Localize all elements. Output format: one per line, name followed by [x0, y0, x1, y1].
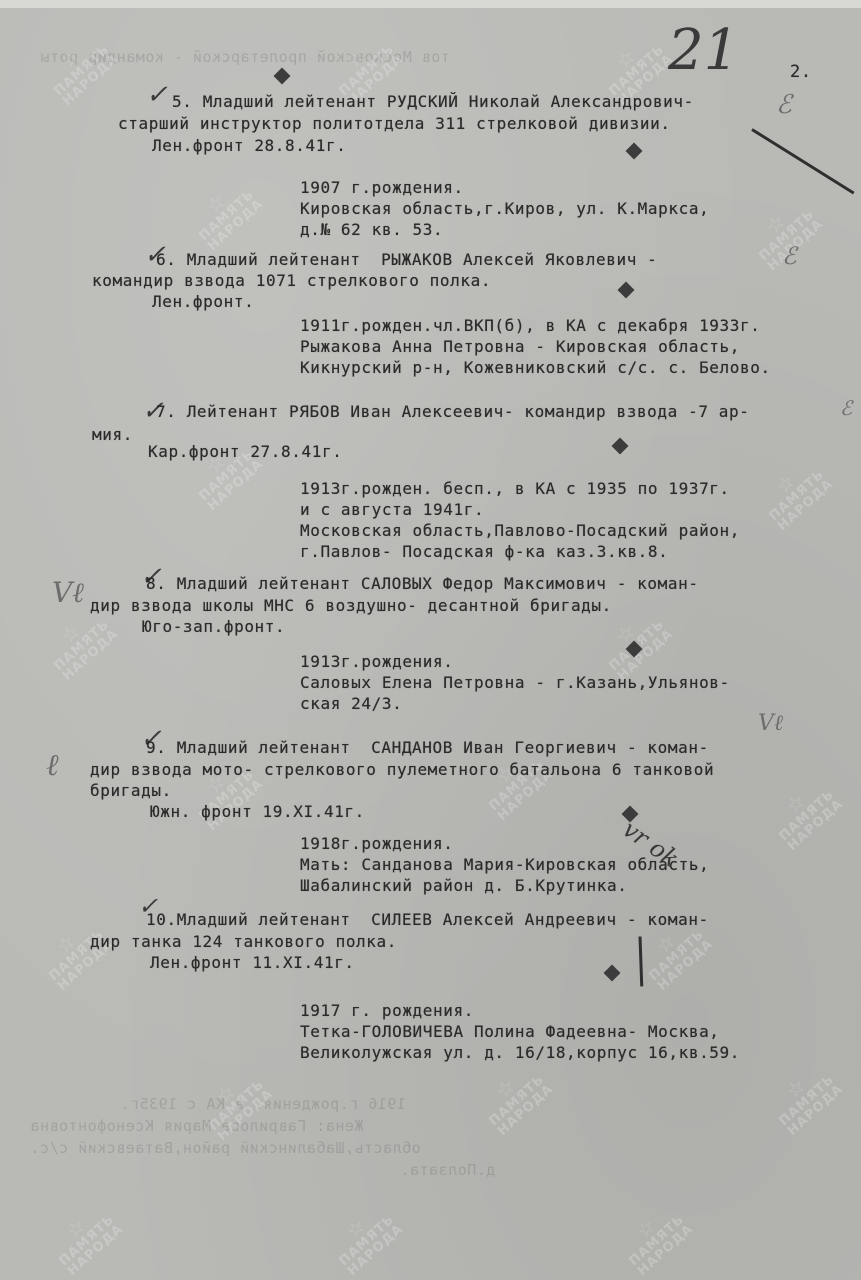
- watermark: ☆ПАМЯТЬНАРОДА: [763, 1058, 845, 1138]
- entry-6-detail-3: Кикнурский р-н, Кожевниковский с/с. с. Б…: [300, 358, 771, 377]
- entry-9-line-1: 9. Младший лейтенант САНДАНОВ Иван Георг…: [146, 738, 709, 757]
- entry-5-detail-2: Кировская область,г.Киров, ул. К.Маркса,: [300, 199, 709, 218]
- entry-5-line-3: Лен.фронт 28.8.41г.: [152, 136, 346, 155]
- margin-mark: ℰ: [776, 90, 792, 120]
- entry-8-line-1: 8. Младший лейтенант САЛОВЫХ Федор Макси…: [146, 574, 699, 593]
- ink-blot: [612, 438, 629, 455]
- entry-9-line-3: бригады.: [90, 781, 172, 800]
- entry-7-detail-4: г.Павлов- Посадская ф-ка каз.3.кв.8.: [300, 542, 668, 561]
- entry-5-detail-1: 1907 г.рождения.: [300, 178, 464, 197]
- entry-7-line-2: мия.: [92, 425, 133, 444]
- ink-blot: [604, 965, 621, 982]
- watermark: ☆ПАМЯТЬНАРОДА: [43, 1198, 125, 1278]
- document-page: тов Московской пролетарской - командир р…: [0, 0, 861, 1280]
- margin-mark: Vℓ: [52, 576, 84, 610]
- margin-mark: ℰ: [782, 242, 797, 270]
- entry-6-line-1: 6. Младший лейтенант РЫЖАКОВ Алексей Яко…: [156, 250, 657, 269]
- entry-6-detail-1: 1911г.рожден.чл.ВКП(б), в КА с декабря 1…: [300, 316, 760, 335]
- entry-10-detail-3: Великолужская ул. д. 16/18,корпус 16,кв.…: [300, 1043, 740, 1062]
- entry-8-detail-3: ская 24/3.: [300, 694, 402, 713]
- watermark: ☆ПАМЯТЬНАРОДА: [323, 1198, 405, 1278]
- bleed-through-line: д.Ползата.: [400, 1161, 495, 1179]
- pencil-strike: [751, 128, 854, 194]
- ink-blot: [626, 143, 643, 160]
- folio-number: 21: [668, 18, 739, 83]
- watermark: ☆ПАМЯТЬНАРОДА: [33, 913, 115, 993]
- entry-8-line-2: дир взвода школы МНС 6 воздушно- десантн…: [90, 596, 612, 615]
- entry-5-line-2: старший инструктор политотдела 311 стрел…: [118, 114, 671, 133]
- margin-mark: ℰ: [840, 396, 852, 420]
- ink-blot: [274, 68, 291, 85]
- entry-9-detail-3: Шабалинский район д. Б.Крутинка.: [300, 876, 627, 895]
- entry-9-line-2: дир взвода мото- стрелкового пулеметного…: [90, 760, 714, 779]
- check-mark: ✓: [146, 80, 168, 110]
- entry-6-line-3: Лен.фронт.: [152, 292, 254, 311]
- bleed-through-line: Жена: Гаврилова Мария Ксенофонтовна: [30, 1117, 364, 1135]
- margin-mark: Vℓ: [758, 710, 783, 736]
- margin-mark: ℓ: [46, 748, 59, 783]
- watermark: ☆ПАМЯТЬНАРОДА: [473, 1058, 555, 1138]
- entry-9-line-4: Южн. фронт 19.XI.41г.: [150, 802, 365, 821]
- entry-5-detail-3: д.№ 62 кв. 53.: [300, 220, 443, 239]
- entry-5-line-1: 5. Младший лейтенант РУДСКИЙ Николай Але…: [172, 92, 694, 111]
- entry-8-detail-2: Саловых Елена Петровна - г.Казань,Ульяно…: [300, 673, 730, 692]
- entry-6-line-2: командир взвода 1071 стрелкового полка.: [92, 271, 491, 290]
- entry-7-detail-2: и с августа 1941г.: [300, 500, 484, 519]
- entry-10-detail-1: 1917 г. рождения.: [300, 1001, 474, 1020]
- entry-7-line-3: Кар.фронт 27.8.41г.: [148, 442, 342, 461]
- entry-6-detail-2: Рыжакова Анна Петровна - Кировская облас…: [300, 337, 740, 356]
- entry-7-detail-1: 1913г.рожден. бесп., в КА с 1935 по 1937…: [300, 479, 730, 498]
- watermark: ☆ПАМЯТЬНАРОДА: [753, 453, 835, 533]
- page-number: 2.: [790, 62, 812, 82]
- watermark: ☆ПАМЯТЬНАРОДА: [38, 28, 120, 108]
- entry-7-detail-3: Московская область,Павлово-Посадский рай…: [300, 521, 740, 540]
- entry-8-line-3: Юго-зап.фронт.: [142, 617, 285, 636]
- entry-10-line-1: 10.Младший лейтенант СИЛЕЕВ Алексей Андр…: [146, 910, 709, 929]
- entry-8-detail-1: 1913г.рождения.: [300, 652, 454, 671]
- entry-10-line-2: дир танка 124 танкового полка.: [90, 932, 397, 951]
- entry-10-line-3: Лен.фронт 11.XI.41г.: [150, 953, 355, 972]
- ink-blot: [618, 282, 635, 299]
- entry-10-detail-2: Тетка-ГОЛОВИЧЕВА Полина Фадеевна- Москва…: [300, 1022, 720, 1041]
- watermark: ☆ПАМЯТЬНАРОДА: [763, 773, 845, 853]
- watermark: ☆ПАМЯТЬНАРОДА: [183, 173, 265, 253]
- entry-9-detail-1: 1918г.рождения.: [300, 834, 454, 853]
- page-top-edge: [0, 0, 861, 8]
- watermark: ☆ПАМЯТЬНАРОДА: [613, 1198, 695, 1278]
- entry-7-line-1: 7. Лейтенант РЯБОВ Иван Алексеевич- кома…: [156, 402, 750, 421]
